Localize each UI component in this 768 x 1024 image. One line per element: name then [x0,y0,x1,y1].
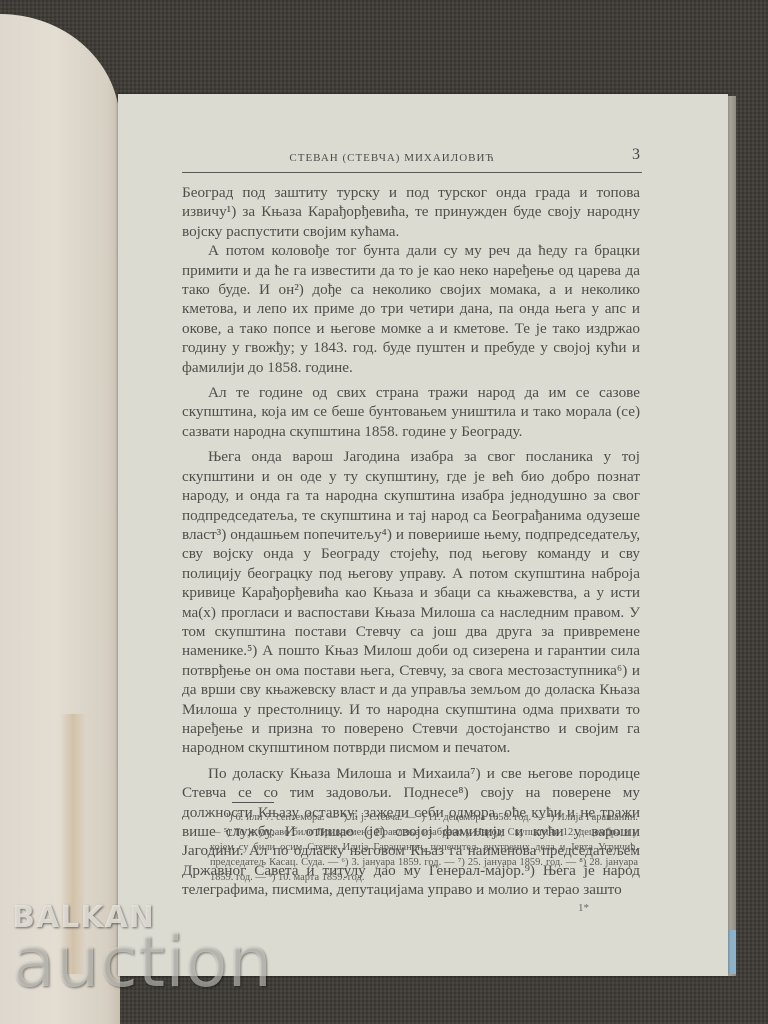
facing-left-page [0,14,120,1024]
running-title: СТЕВАН (СТЕВЧА) МИХАИЛОВИЋ [182,152,602,164]
paragraph: Њега онда варош Јагодина изабра за свог … [182,447,640,758]
footnote-divider [232,802,274,803]
footnote-text: ¹) 6. или 7. септембра. — ²) Т. ј. Стевч… [210,810,638,885]
footnotes: ¹) 6. или 7. септембра. — ²) Т. ј. Стевч… [210,810,638,885]
running-header: СТЕВАН (СТЕВЧА) МИХАИЛОВИЋ 3 [182,148,642,173]
paragraph-continued: Београд под заштиту турску и под турског… [182,183,640,241]
paragraph: А потом коловође тог бунта дали су му ре… [182,241,640,377]
signature-mark: 1* [578,902,589,914]
paragraph: Ал те године од свих страна тражи народ … [182,383,640,441]
body-text: Београд под заштиту турску и под турског… [182,183,640,900]
page-number: 3 [632,146,640,164]
page-stain [60,714,86,974]
blue-bookmark-edge [728,930,736,974]
